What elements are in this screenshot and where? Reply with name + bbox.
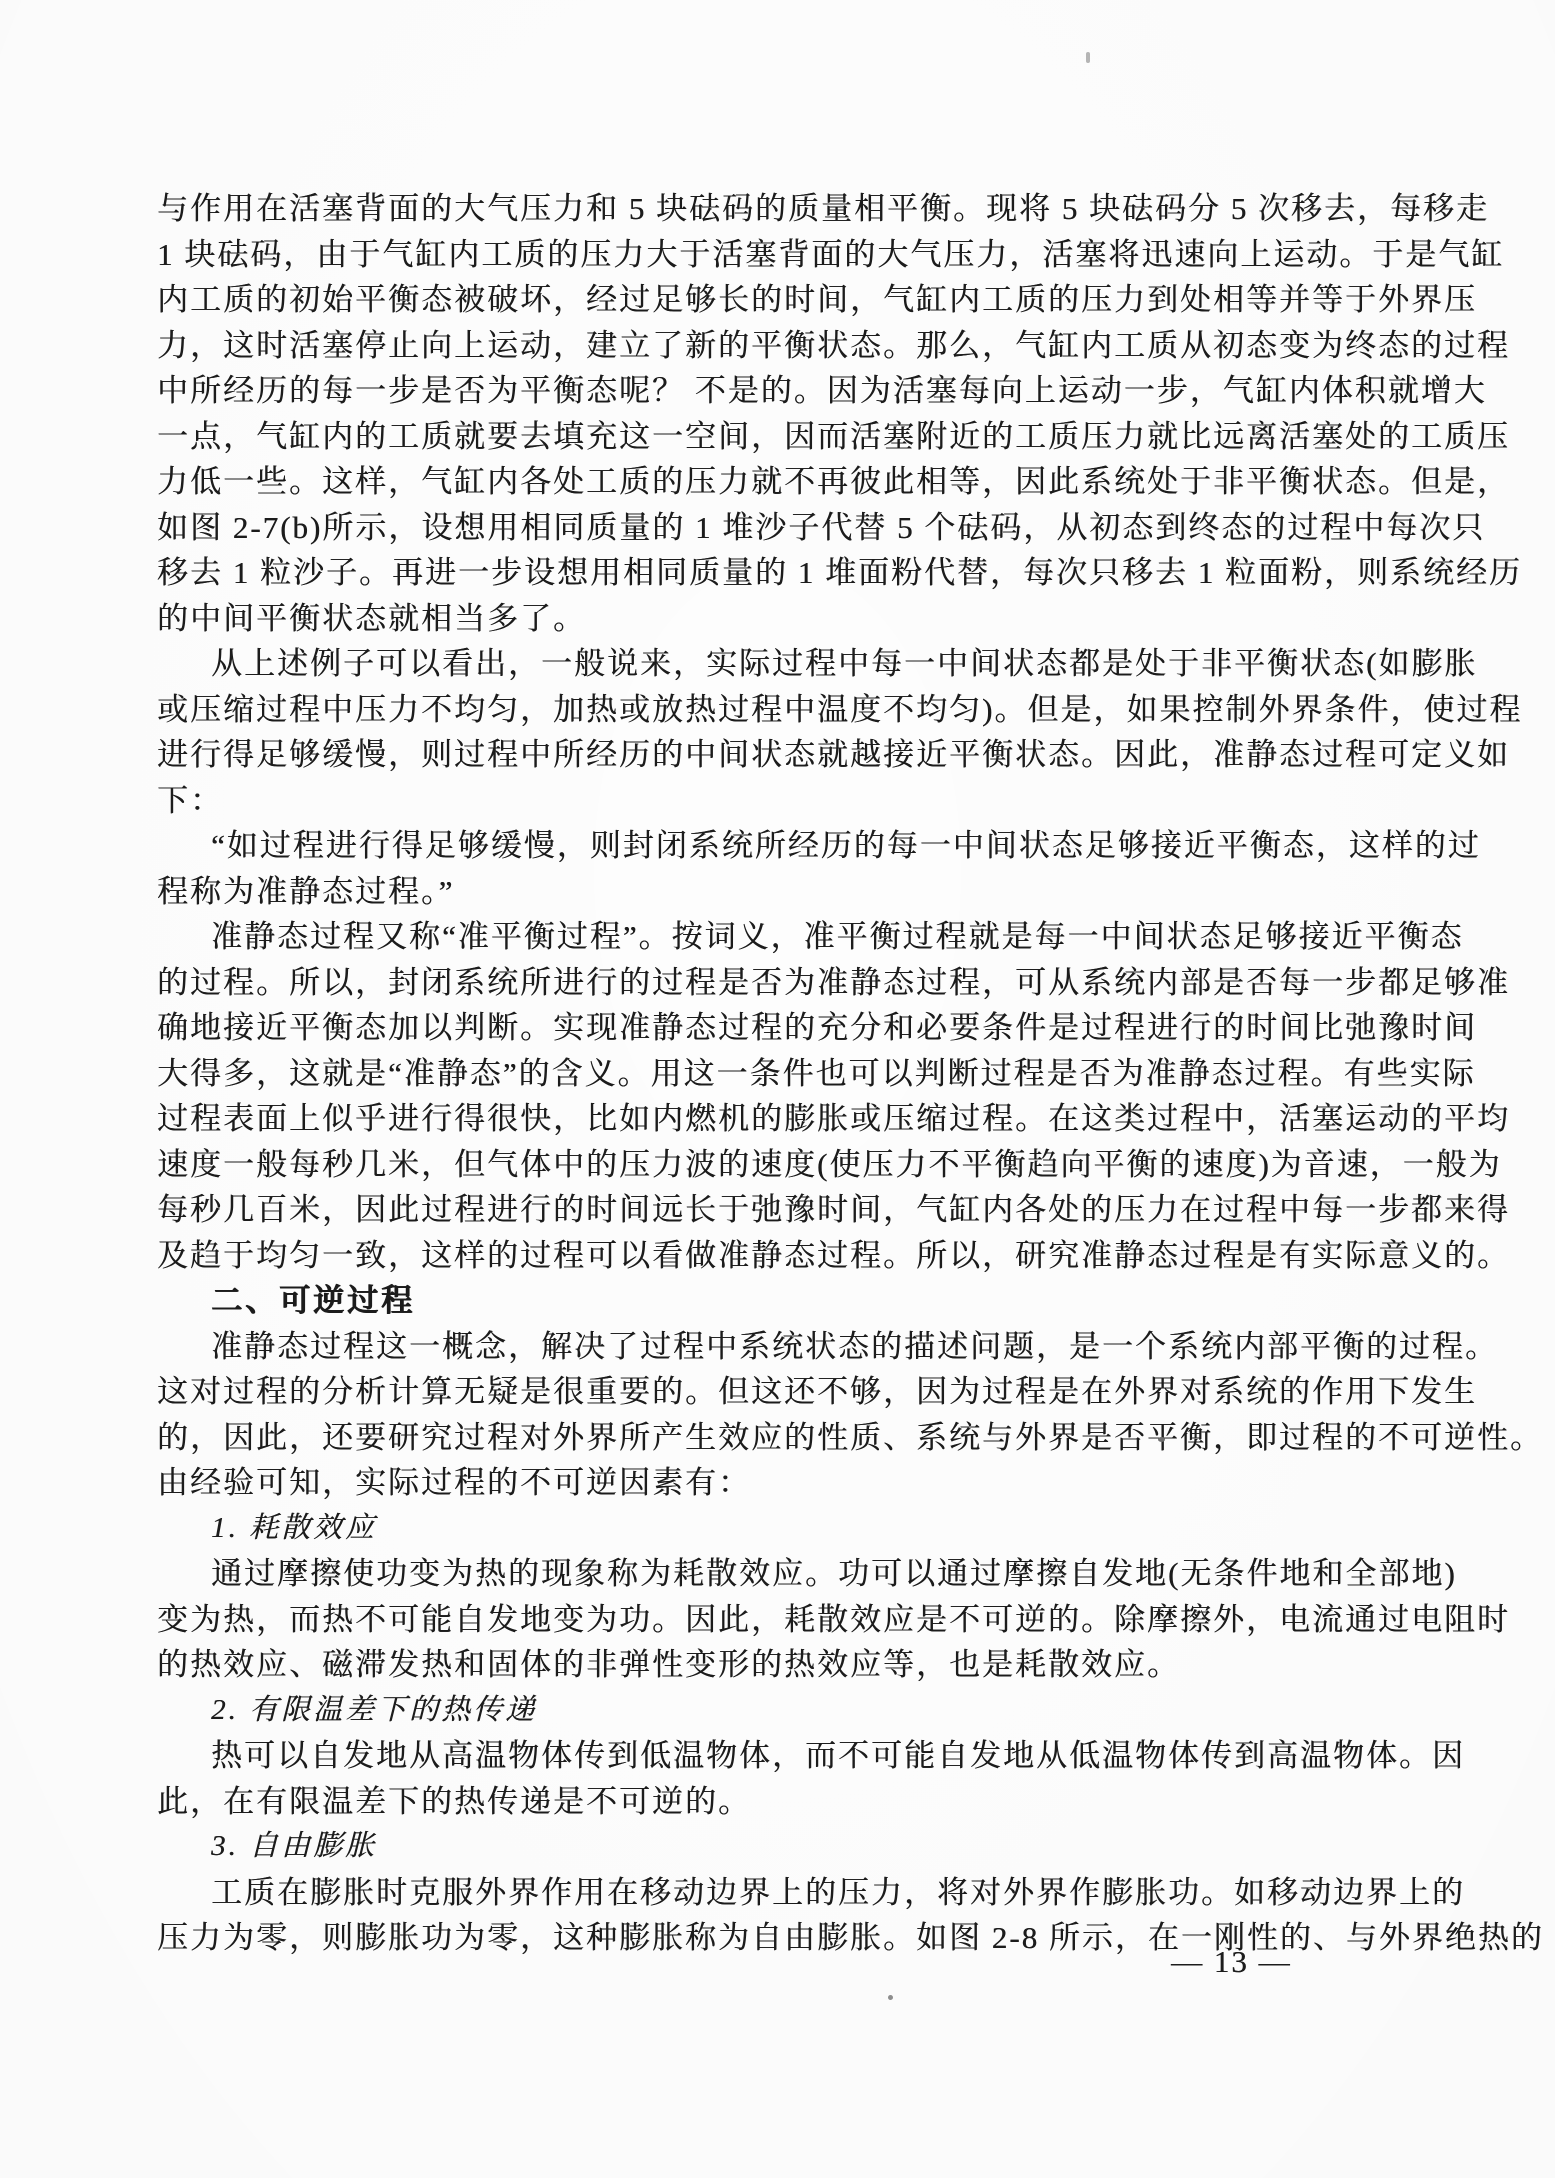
text-line: 2. 有限温差下的热传递 bbox=[157, 1688, 1553, 1734]
text-line: 的中间平衡状态就相当多了。 bbox=[157, 596, 1553, 642]
text-line: 及趋于均匀一致，这样的过程可以看做准静态过程。所以，研究准静态过程是有实际意义的… bbox=[157, 1233, 1553, 1279]
text-line: 从上述例子可以看出，一般说来，实际过程中每一中间状态都是处于非平衡状态(如膨胀 bbox=[157, 641, 1553, 687]
scan-artifact bbox=[1158, 1437, 1165, 1442]
text-block: 与作用在活塞背面的大气压力和 5 块砝码的质量相平衡。现将 5 块砝码分 5 次… bbox=[157, 186, 1553, 1961]
scan-artifact bbox=[888, 1995, 893, 2000]
text-line: 力低一些。这样，气缸内各处工质的压力就不再彼此相等，因此系统处于非平衡状态。但是… bbox=[157, 459, 1553, 505]
text-line: 每秒几百米，因此过程进行的时间远长于弛豫时间，气缸内各处的压力在过程中每一步都来… bbox=[157, 1187, 1553, 1233]
page: 与作用在活塞背面的大气压力和 5 块砝码的质量相平衡。现将 5 块砝码分 5 次… bbox=[0, 0, 1555, 2178]
text-line: 如图 2-7(b)所示，设想用相同质量的 1 堆沙子代替 5 个砝码，从初态到终… bbox=[157, 505, 1553, 551]
text-line: 过程表面上似乎进行得很快，比如内燃机的膨胀或压缩过程。在这类过程中，活塞运动的平… bbox=[157, 1096, 1553, 1142]
text-line: 的过程。所以，封闭系统所进行的过程是否为准静态过程，可从系统内部是否每一步都足够… bbox=[157, 960, 1553, 1006]
text-line: 大得多，这就是“准静态”的含义。用这一条件也可以判断过程是否为准静态过程。有些实… bbox=[157, 1051, 1553, 1097]
text-line: 与作用在活塞背面的大气压力和 5 块砝码的质量相平衡。现将 5 块砝码分 5 次… bbox=[157, 186, 1553, 232]
text-line: 力，这时活塞停止向上运动，建立了新的平衡状态。那么，气缸内工质从初态变为终态的过… bbox=[157, 323, 1553, 369]
text-line: 准静态过程又称“准平衡过程”。按词义，准平衡过程就是每一中间状态足够接近平衡态 bbox=[157, 914, 1553, 960]
text-line: 中所经历的每一步是否为平衡态呢？ 不是的。因为活塞每向上运动一步，气缸内体积就增… bbox=[157, 368, 1553, 414]
text-line: 这对过程的分析计算无疑是很重要的。但这还不够，因为过程是在外界对系统的作用下发生 bbox=[157, 1369, 1553, 1415]
text-line: 二、可逆过程 bbox=[157, 1278, 1553, 1324]
text-line: 工质在膨胀时克服外界作用在移动边界上的压力，将对外界作膨胀功。如移动边界上的 bbox=[157, 1870, 1553, 1916]
text-line: 的，因此，还要研究过程对外界所产生效应的性质、系统与外界是否平衡，即过程的不可逆… bbox=[157, 1415, 1553, 1461]
text-line: 1 块砝码，由于气缸内工质的压力大于活塞背面的大气压力，活塞将迅速向上运动。于是… bbox=[157, 232, 1553, 278]
text-line: 1. 耗散效应 bbox=[157, 1506, 1553, 1552]
text-line: 此，在有限温差下的热传递是不可逆的。 bbox=[157, 1779, 1553, 1825]
text-line: 3. 自由膨胀 bbox=[157, 1824, 1553, 1870]
text-line: 或压缩过程中压力不均匀，加热或放热过程中温度不均匀)。但是，如果控制外界条件，使… bbox=[157, 687, 1553, 733]
text-line: 热可以自发地从高温物体传到低温物体，而不可能自发地从低温物体传到高温物体。因 bbox=[157, 1733, 1553, 1779]
text-line: 进行得足够缓慢，则过程中所经历的中间状态就越接近平衡状态。因此，准静态过程可定义… bbox=[157, 732, 1553, 778]
text-line: 速度一般每秒几米，但气体中的压力波的速度(使压力不平衡趋向平衡的速度)为音速，一… bbox=[157, 1142, 1553, 1188]
text-line: 通过摩擦使功变为热的现象称为耗散效应。功可以通过摩擦自发地(无条件地和全部地) bbox=[157, 1551, 1553, 1597]
text-line: 确地接近平衡态加以判断。实现准静态过程的充分和必要条件是过程进行的时间比弛豫时间 bbox=[157, 1005, 1553, 1051]
text-line: 内工质的初始平衡态被破坏，经过足够长的时间，气缸内工质的压力到处相等并等于外界压 bbox=[157, 277, 1553, 323]
text-line: 压力为零，则膨胀功为零，这种膨胀称为自由膨胀。如图 2-8 所示，在一刚性的、与… bbox=[157, 1915, 1553, 1961]
text-line: 移去 1 粒沙子。再进一步设想用相同质量的 1 堆面粉代替，每次只移去 1 粒面… bbox=[157, 550, 1553, 596]
text-line: 准静态过程这一概念，解决了过程中系统状态的描述问题，是一个系统内部平衡的过程。 bbox=[157, 1324, 1553, 1370]
page-footer: — 13 — bbox=[1171, 1944, 1292, 1980]
page-number: — 13 — bbox=[1171, 1944, 1292, 1979]
text-line: 由经验可知，实际过程的不可逆因素有： bbox=[157, 1460, 1553, 1506]
text-line: 变为热，而热不可能自发地变为功。因此，耗散效应是不可逆的。除摩擦外，电流通过电阻… bbox=[157, 1597, 1553, 1643]
text-line: 一点，气缸内的工质就要去填充这一空间，因而活塞附近的工质压力就比远离活塞处的工质… bbox=[157, 414, 1553, 460]
scan-artifact bbox=[1086, 52, 1090, 63]
text-line: 下： bbox=[157, 778, 1553, 824]
text-line: 的热效应、磁滞发热和固体的非弹性变形的热效应等，也是耗散效应。 bbox=[157, 1642, 1553, 1688]
text-line: “如过程进行得足够缓慢，则封闭系统所经历的每一中间状态足够接近平衡态，这样的过 bbox=[157, 823, 1553, 869]
text-line: 程称为准静态过程。” bbox=[157, 869, 1553, 915]
